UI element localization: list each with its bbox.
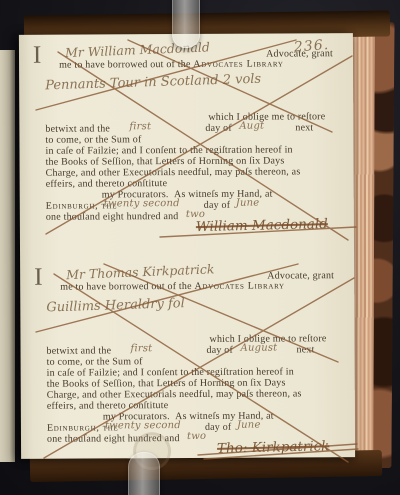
borrowed-line: me to have borrowed out of the Advocates… — [46, 280, 328, 292]
register-page: 236. I Mr William Macdonald Advocate, gr… — [19, 33, 355, 459]
due-month-handwriting: Augt — [239, 121, 264, 132]
signature-line: Tho: Kirkpatrick — [47, 439, 329, 456]
signature-handwriting: William Macdonald — [196, 216, 328, 235]
facing-page-strip — [0, 50, 15, 462]
entry-opening-line: I Mr Thomas Kirkpatrick Advocate, grant — [46, 267, 328, 268]
dropcap-initial: I — [33, 44, 41, 68]
book-title-handwriting: Guillims Heraldry fol — [46, 292, 328, 316]
due-day-handwriting: first — [131, 343, 153, 354]
due-day-handwriting: first — [129, 121, 151, 132]
dropcap-initial: I — [34, 266, 42, 290]
book-title-handwriting: Pennants Tour in Scotland 2 vols — [45, 70, 327, 94]
signed-day-handwriting: twenty second — [105, 420, 181, 431]
borrowed-line: me to have borrowed out of the Advocates… — [45, 58, 327, 70]
page-holder-clip-bottom — [128, 452, 160, 495]
signed-day-handwriting: twenty second — [104, 198, 180, 209]
photographed-register-page: 236. I Mr William Macdonald Advocate, gr… — [0, 0, 400, 495]
library-name: Advocates Library — [193, 58, 283, 69]
borrower-name-handwriting: Mr Thomas Kirkpatrick — [66, 261, 215, 282]
borrow-entry-kirkpatrick: I Mr Thomas Kirkpatrick Advocate, grant … — [46, 267, 329, 464]
signed-month-handwriting: June — [236, 198, 260, 209]
borrow-entry-macdonald: I Mr William Macdonald Advocate, grant m… — [45, 45, 328, 242]
library-name: Advocates Library — [194, 280, 284, 291]
due-month-handwriting: August — [241, 343, 278, 354]
signature-handwriting: Tho: Kirkpatrick — [217, 438, 330, 457]
signature-line: William Macdonald — [46, 217, 328, 234]
page-holder-clip-top — [172, 0, 200, 48]
signed-month-handwriting: June — [237, 420, 261, 431]
